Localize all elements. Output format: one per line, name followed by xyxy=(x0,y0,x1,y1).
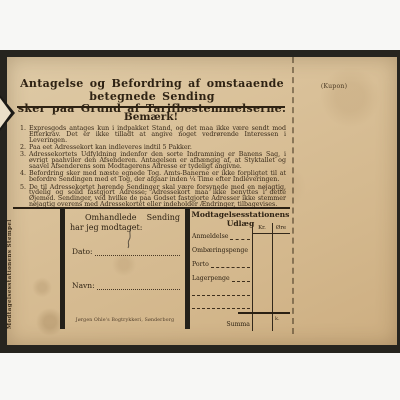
notice-item-number: 4. xyxy=(20,171,26,177)
notice-list: 1. Expresgods antages kun i indpakket St… xyxy=(20,126,286,209)
name-label: Navn: xyxy=(72,281,95,290)
charges-section: Modtagelsesstationens Udlæg Kr. Øre Anme… xyxy=(190,209,291,331)
notice-item: 2. Paa eet Adressekort kan indleveres in… xyxy=(20,145,286,151)
card-title-line1: Antagelse og Befordring af omstaaende be… xyxy=(17,78,287,103)
charge-row-anmeldelse: Anmeldelse xyxy=(190,232,290,240)
charge-row-blank xyxy=(190,301,290,309)
summa-label: Summa xyxy=(226,321,250,328)
notice-item-number: 1. xyxy=(20,126,26,132)
notice-item-number: 3. xyxy=(20,152,26,158)
notice-item-text: Befordring sker med næste egnede Tog. Am… xyxy=(29,170,286,183)
card-paper: (Kupon) Antagelse og Befordring af omsta… xyxy=(7,57,397,345)
kupon-label: (Kupon) xyxy=(303,83,365,90)
perforation-line xyxy=(292,57,294,334)
charge-label: Ombæringspenge xyxy=(192,247,248,254)
leader-line xyxy=(211,267,250,268)
ore-column-header: Øre xyxy=(272,225,290,231)
station-stamp-label: Modtagelsesstationens Stempel xyxy=(7,215,20,333)
notice-item-text: De til Adressekortet hørende Sendinger s… xyxy=(29,184,286,208)
notice-item: 3. Adressekortets Udfyldning indenfor de… xyxy=(20,152,286,169)
title-rule xyxy=(17,106,285,108)
summa-total-rule xyxy=(238,312,290,314)
charge-label: Anmeldelse xyxy=(192,233,228,240)
date-field: Dato: xyxy=(72,247,180,256)
charge-row-blank xyxy=(190,288,290,296)
leader-line xyxy=(232,281,250,282)
charge-row-ombaeringspenge: Ombæringspenge xyxy=(190,246,290,254)
notice-item-text: Paa eet Adressekort kan indleveres indti… xyxy=(29,144,192,151)
receipt-section: Omhandlede Sending har jeg modtaget: Dat… xyxy=(65,209,185,330)
name-field: Navn: xyxy=(72,281,180,290)
leader-line xyxy=(230,239,250,240)
notice-heading: Bemærk! xyxy=(17,111,285,123)
scanned-card: (Kupon) Antagelse og Befordring af omsta… xyxy=(0,50,400,353)
leader-line xyxy=(192,308,250,309)
notice-item-text: Adressekortets Udfyldning indenfor den s… xyxy=(29,151,286,170)
notice-item-number: 5. xyxy=(20,185,26,191)
date-label: Dato: xyxy=(72,247,93,256)
notice-item: 5. De til Adressekortet hørende Sendinge… xyxy=(20,185,286,208)
charge-row-lagerpenge: Lagerpenge xyxy=(190,274,290,282)
printer-imprint: Jørgen Ohle's Bogtrykkeri, Sønderborg xyxy=(65,318,185,323)
charge-row-porto: Porto xyxy=(190,260,290,268)
charge-row-summa: Summa xyxy=(190,320,290,328)
ink-squiggle-mark xyxy=(123,227,137,249)
name-fill-line xyxy=(97,289,180,290)
date-fill-line xyxy=(95,255,180,256)
leader-line xyxy=(192,295,250,296)
notice-item-number: 2. xyxy=(20,145,26,151)
charge-label: Lagerpenge xyxy=(192,275,230,282)
notice-item: 4. Befordring sker med næste egnede Tog.… xyxy=(20,171,286,183)
kr-column-header: Kr. xyxy=(252,225,272,231)
notice-item-text: Expresgods antages kun i indpakket Stand… xyxy=(29,125,286,144)
charge-label: Porto xyxy=(192,261,209,268)
card-title: Antagelse og Befordring af omstaaende be… xyxy=(17,78,287,116)
notice-item: 1. Expresgods antages kun i indpakket St… xyxy=(20,126,286,143)
